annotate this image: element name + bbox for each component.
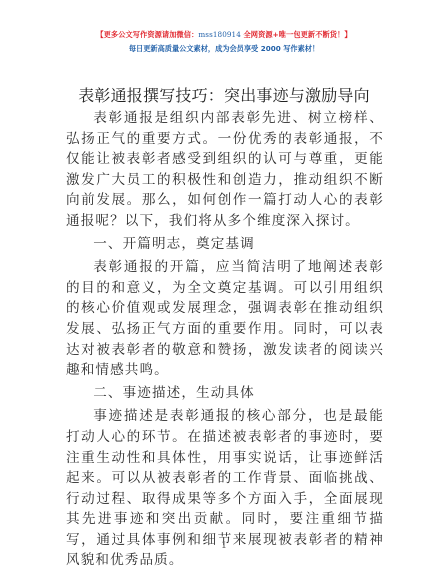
promo-banner-line2: 每日更新高质量公文素材，成为会员享受 2000 写作素材！ xyxy=(0,44,448,54)
page-number: 1 xyxy=(0,541,448,551)
promo-wechat-id: mss180914 xyxy=(198,30,241,39)
section-1-paragraph: 表彰通报的开篇，应当简洁明了地阐述表彰的目的和意义，为全文奠定基调。可以引用组织… xyxy=(66,257,384,381)
promo-banner-line1: 【更多公文写作资源请加微信：mss180914 全网资源+唯一包更新不断货！】 xyxy=(0,30,448,40)
section-heading-1: 一、开篇明志，奠定基调 xyxy=(66,234,384,255)
promo-banner-text-left: 【更多公文写作资源请加微信： xyxy=(96,30,198,39)
promo-banner-text-right: 全网资源+唯一包更新不断货！】 xyxy=(241,30,352,39)
section-heading-2: 二、事迹描述，生动具体 xyxy=(66,383,384,404)
document-title: 表彰通报撰写技巧：突出事迹与激励导向 xyxy=(0,83,448,106)
intro-paragraph: 表彰通报是组织内部表彰先进、树立榜样、弘扬正气的重要方式。一份优秀的表彰通报，不… xyxy=(66,108,384,232)
document-body: 表彰通报是组织内部表彰先进、树立榜样、弘扬正气的重要方式。一份优秀的表彰通报，不… xyxy=(66,108,384,571)
